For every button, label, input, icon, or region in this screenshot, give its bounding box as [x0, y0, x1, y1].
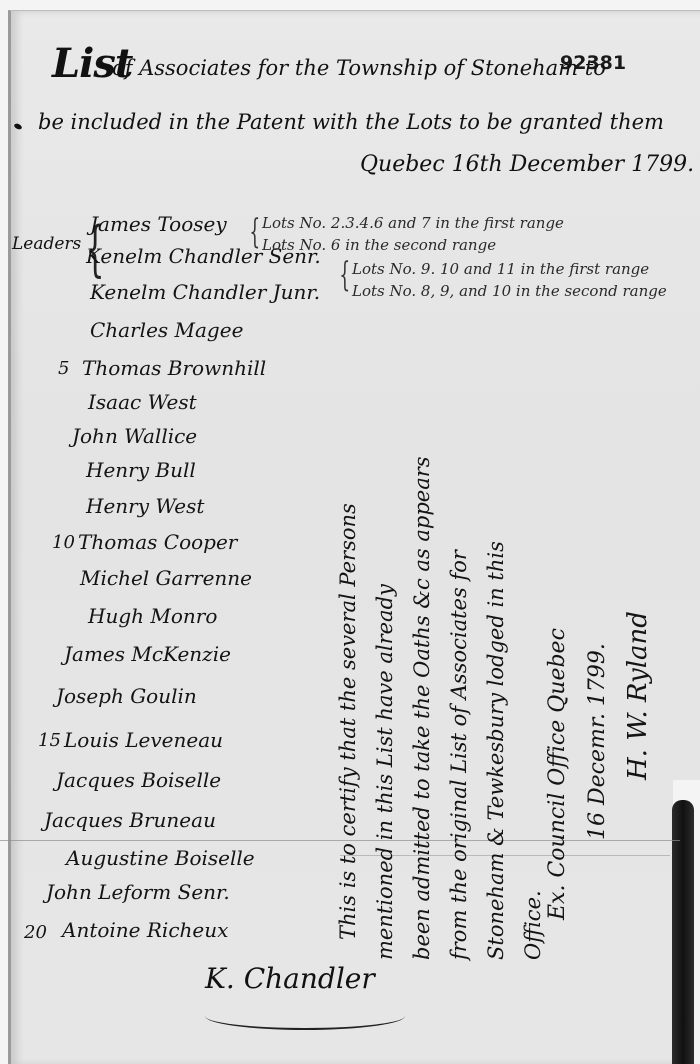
associate-name: Kenelm Chandler Junr.	[90, 280, 320, 304]
associate-name: Antoine Richeux	[62, 918, 228, 942]
signature-flourish	[205, 1002, 405, 1030]
lots-brace: {	[339, 255, 350, 295]
title-line-2: be included in the Patent with the Lots …	[38, 110, 664, 134]
certification-line: been admitted to take the Oaths &c as ap…	[404, 456, 441, 960]
certification-date: 16 Decemr. 1799.	[578, 611, 618, 950]
certification-line: mentioned in this List have already	[367, 456, 404, 960]
certification-attestation: Ex. Council Office Quebec 16 Decemr. 179…	[538, 611, 658, 950]
associate-name: John Leform Senr.	[46, 880, 230, 904]
lots-brace: {	[249, 212, 260, 252]
associate-name: John Wallice	[72, 424, 197, 448]
associate-name: Henry Bull	[86, 458, 196, 482]
associate-name: Isaac West	[88, 390, 197, 414]
associate-name: Thomas Brownhill	[82, 356, 266, 380]
associate-name: Michel Garrenne	[80, 566, 252, 590]
associate-name: Jacques Boiselle	[56, 768, 221, 792]
associate-name: Joseph Goulin	[56, 684, 197, 708]
associate-number: 20	[24, 922, 47, 943]
associate-name: Augustine Boiselle	[66, 846, 255, 870]
lot-grant-line: Lots No. 6 in the second range	[262, 236, 496, 254]
associate-number: 10	[52, 532, 75, 553]
associate-name: James McKenzie	[64, 642, 231, 666]
lot-grant-line: Lots No. 2.3.4.6 and 7 in the first rang…	[262, 214, 564, 232]
associate-name: Jacques Bruneau	[44, 808, 216, 832]
leaders-label: Leaders	[12, 234, 81, 254]
associate-name: Louis Leveneau	[64, 728, 223, 752]
certification-block: This is to certify that the several Pers…	[330, 456, 552, 960]
signature-chandler: K. Chandler	[205, 962, 375, 995]
title-line-1: of Associates for the Township of Stoneh…	[112, 56, 606, 80]
lot-grant-line: Lots No. 8, 9, and 10 in the second rang…	[352, 282, 667, 300]
associate-name: Charles Magee	[90, 318, 243, 342]
certification-line: This is to certify that the several Pers…	[330, 456, 367, 960]
certification-signature: H. W. Ryland	[618, 611, 658, 950]
certification-line: Stoneham & Tewkesbury lodged in this	[478, 456, 515, 960]
associate-name: James Toosey	[90, 212, 227, 236]
associate-name: Hugh Monro	[88, 604, 217, 628]
associate-number: 5	[58, 358, 69, 379]
associate-name: Henry West	[86, 494, 204, 518]
date-line: Quebec 16th December 1799.	[360, 152, 694, 177]
certification-line: from the original List of Associates for	[441, 456, 478, 960]
certification-office: Ex. Council Office Quebec	[538, 611, 578, 950]
associate-number: 15	[38, 730, 61, 751]
associate-name: Thomas Cooper	[78, 530, 237, 554]
lot-grant-line: Lots No. 9. 10 and 11 in the first range	[352, 260, 649, 278]
